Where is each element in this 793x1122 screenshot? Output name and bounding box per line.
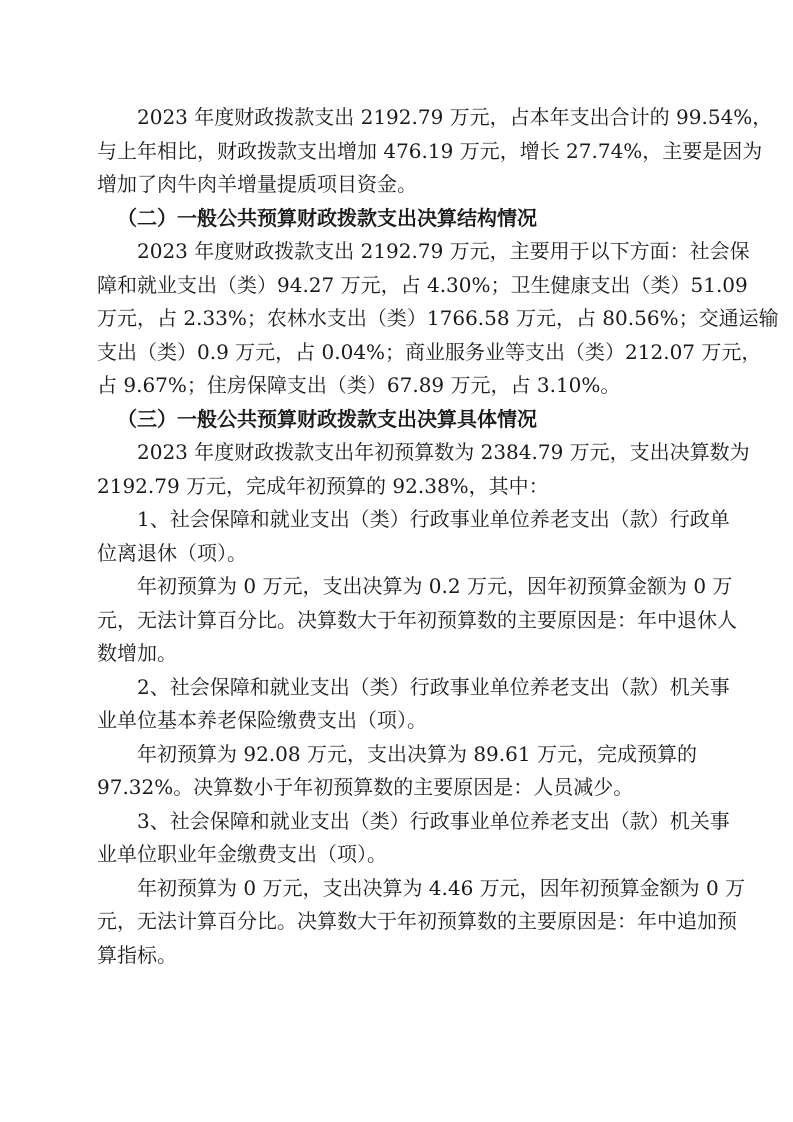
text-line: 万元，占 2.33%；农林水支出（类）1766.58 万元，占 80.56%；交… bbox=[97, 302, 696, 336]
text-line: 支出（类）0.9 万元，占 0.04%；商业服务业等支出（类）212.07 万元… bbox=[97, 336, 696, 370]
text-line: 1、社会保障和就业支出（类）行政事业单位养老支出（款）行政单 bbox=[97, 503, 696, 537]
text-line: 2023 年度财政拨款支出年初预算数为 2384.79 万元，支出决算数为 bbox=[97, 436, 696, 470]
text-line: 2192.79 万元，完成年初预算的 92.38%，其中： bbox=[97, 470, 696, 504]
document-page: 2023 年度财政拨款支出 2192.79 万元，占本年支出合计的 99.54%… bbox=[0, 0, 793, 1122]
paragraph-budget-overview: 2023 年度财政拨款支出年初预算数为 2384.79 万元，支出决算数为 21… bbox=[97, 436, 696, 503]
text-line: 位离退休（项）。 bbox=[97, 537, 696, 571]
text-line: 占 9.67%；住房保障支出（类）67.89 万元，占 3.10%。 bbox=[97, 369, 696, 403]
text-line: 数增加。 bbox=[97, 637, 696, 671]
text-line: 元，无法计算百分比。决算数大于年初预算数的主要原因是：年中追加预 bbox=[97, 905, 696, 939]
text-line: 元，无法计算百分比。决算数大于年初预算数的主要原因是：年中退休人 bbox=[97, 604, 696, 638]
item-3-detail: 年初预算为 0 万元，支出决算为 4.46 万元，因年初预算金额为 0 万 元，… bbox=[97, 872, 696, 973]
text-line: 算指标。 bbox=[97, 939, 696, 973]
paragraph-appropriation-summary: 2023 年度财政拨款支出 2192.79 万元，占本年支出合计的 99.54%… bbox=[97, 101, 696, 202]
item-1-title: 1、社会保障和就业支出（类）行政事业单位养老支出（款）行政单 位离退休（项）。 bbox=[97, 503, 696, 570]
item-2-detail: 年初预算为 92.08 万元，支出决算为 89.61 万元，完成预算的 97.3… bbox=[97, 738, 696, 805]
document-body: 2023 年度财政拨款支出 2192.79 万元，占本年支出合计的 99.54%… bbox=[97, 101, 696, 972]
text-line: 障和就业支出（类）94.27 万元，占 4.30%；卫生健康支出（类）51.09 bbox=[97, 269, 696, 303]
text-line: 2、社会保障和就业支出（类）行政事业单位养老支出（款）机关事 bbox=[97, 671, 696, 705]
item-1-detail: 年初预算为 0 万元，支出决算为 0.2 万元，因年初预算金额为 0 万 元，无… bbox=[97, 570, 696, 671]
text-line: 3、社会保障和就业支出（类）行政事业单位养老支出（款）机关事 bbox=[97, 805, 696, 839]
text-line: 业单位职业年金缴费支出（项）。 bbox=[97, 838, 696, 872]
text-line: 97.32%。决算数小于年初预算数的主要原因是：人员减少。 bbox=[97, 771, 696, 805]
section-heading-structure: （二）一般公共预算财政拨款支出决算结构情况 bbox=[97, 202, 696, 236]
section-heading-details: （三）一般公共预算财政拨款支出决算具体情况 bbox=[97, 403, 696, 437]
paragraph-structure-breakdown: 2023 年度财政拨款支出 2192.79 万元，主要用于以下方面：社会保 障和… bbox=[97, 235, 696, 403]
item-3-title: 3、社会保障和就业支出（类）行政事业单位养老支出（款）机关事 业单位职业年金缴费… bbox=[97, 805, 696, 872]
text-line: 增加了肉牛肉羊增量提质项目资金。 bbox=[97, 168, 696, 202]
text-line: 年初预算为 0 万元，支出决算为 0.2 万元，因年初预算金额为 0 万 bbox=[97, 570, 696, 604]
text-line: 业单位基本养老保险缴费支出（项）。 bbox=[97, 704, 696, 738]
text-line: 2023 年度财政拨款支出 2192.79 万元，主要用于以下方面：社会保 bbox=[97, 235, 696, 269]
text-line: 年初预算为 92.08 万元，支出决算为 89.61 万元，完成预算的 bbox=[97, 738, 696, 772]
text-line: 与上年相比，财政拨款支出增加 476.19 万元，增长 27.74%，主要是因为 bbox=[97, 135, 696, 169]
text-line: 2023 年度财政拨款支出 2192.79 万元，占本年支出合计的 99.54%… bbox=[97, 101, 696, 135]
item-2-title: 2、社会保障和就业支出（类）行政事业单位养老支出（款）机关事 业单位基本养老保险… bbox=[97, 671, 696, 738]
text-line: 年初预算为 0 万元，支出决算为 4.46 万元，因年初预算金额为 0 万 bbox=[97, 872, 696, 906]
